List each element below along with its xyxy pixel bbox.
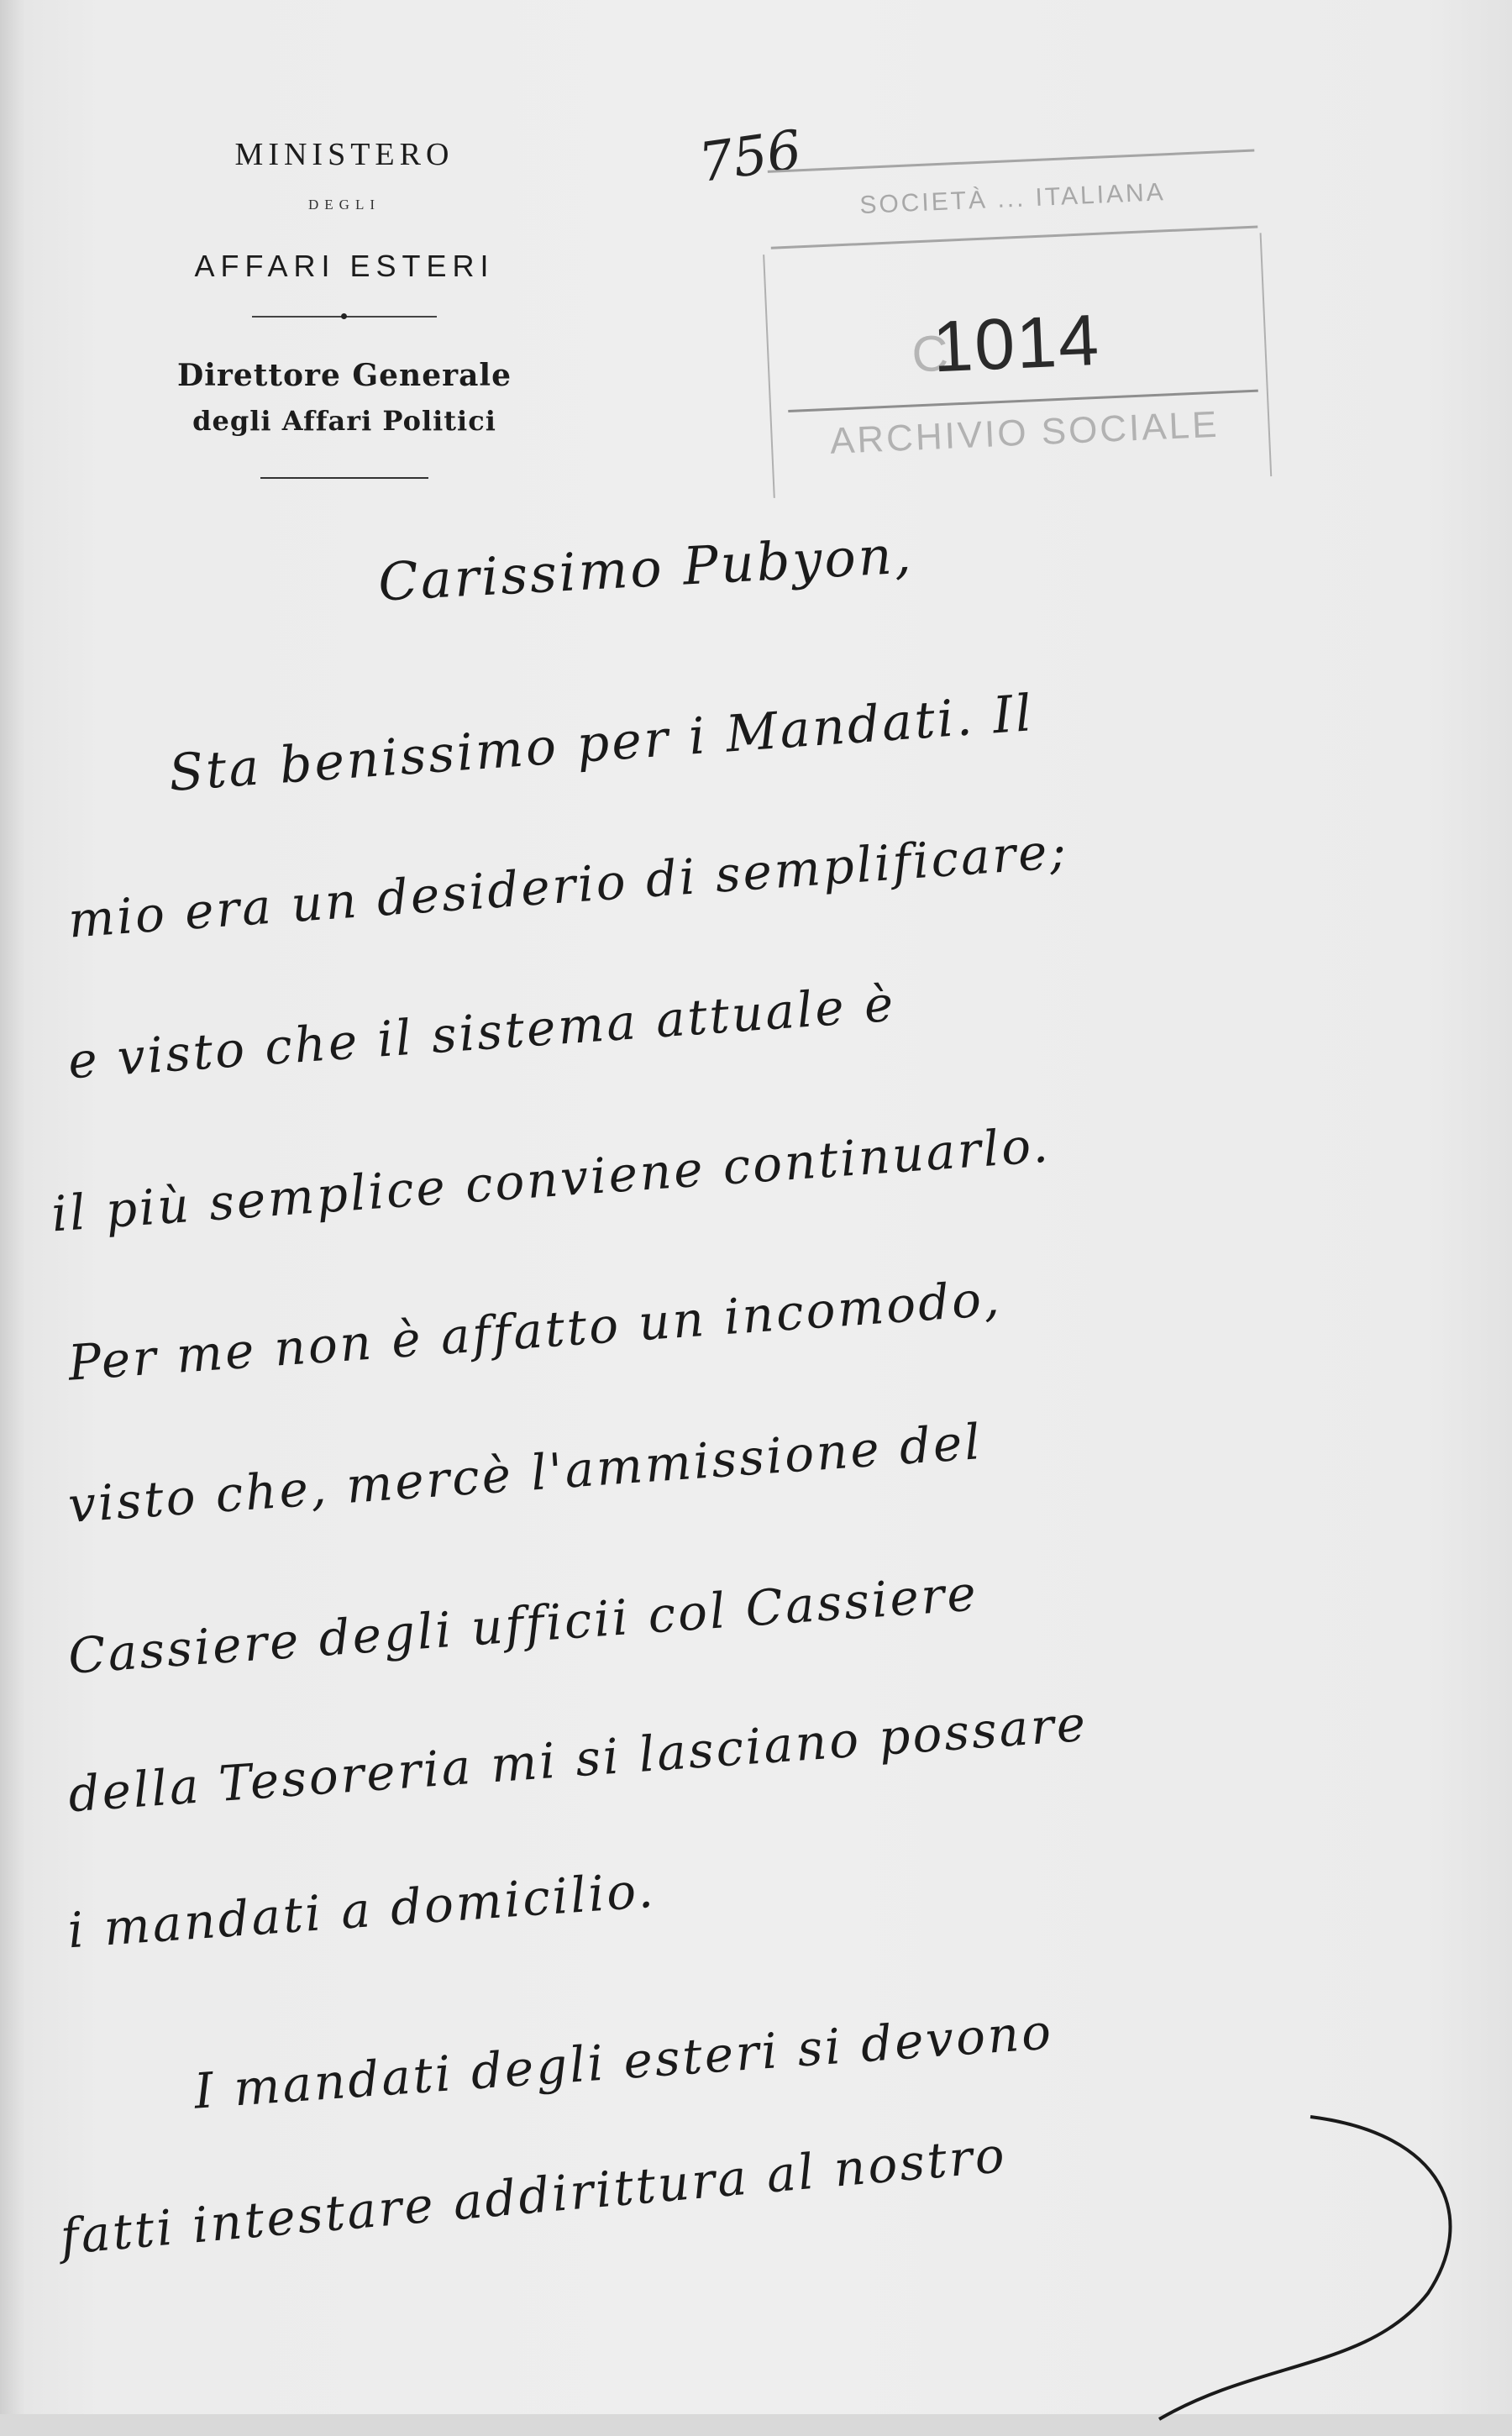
letter-line: visto che, mercè l'ammissione del bbox=[66, 1413, 984, 1534]
letter-line: mio era un desiderio di semplificare; bbox=[66, 822, 1070, 948]
letter-line: della Tesoreria mi si lasciano possare bbox=[66, 1695, 1089, 1824]
letter-line: i mandati a domicilio. bbox=[66, 1861, 657, 1960]
letter-line: e visto che il sistema attuale è bbox=[66, 975, 897, 1090]
letter-line: il più semplice conviene continuarlo. bbox=[50, 1116, 1052, 1243]
letter-salutation: Carissimo Pubyon, bbox=[377, 523, 915, 612]
letter-line: Cassiere degli ufficii col Cassiere bbox=[66, 1564, 980, 1685]
letter-line: Sta benissimo per i Mandati. Il bbox=[167, 684, 1036, 803]
scanned-letter-page: MINISTERO DEGLI AFFARI ESTERI Direttore … bbox=[0, 0, 1512, 2414]
handwritten-letter-body: Carissimo Pubyon, Sta benissimo per i Ma… bbox=[0, 0, 1512, 2414]
letter-line: fatti intestare addirittura al nostro bbox=[58, 2126, 1009, 2265]
letter-line: I mandati degli esteri si devono bbox=[192, 2003, 1055, 2119]
letter-line: Per me non è affatto un incomodo, bbox=[66, 1269, 1003, 1392]
pen-flourish bbox=[1008, 2083, 1512, 2414]
